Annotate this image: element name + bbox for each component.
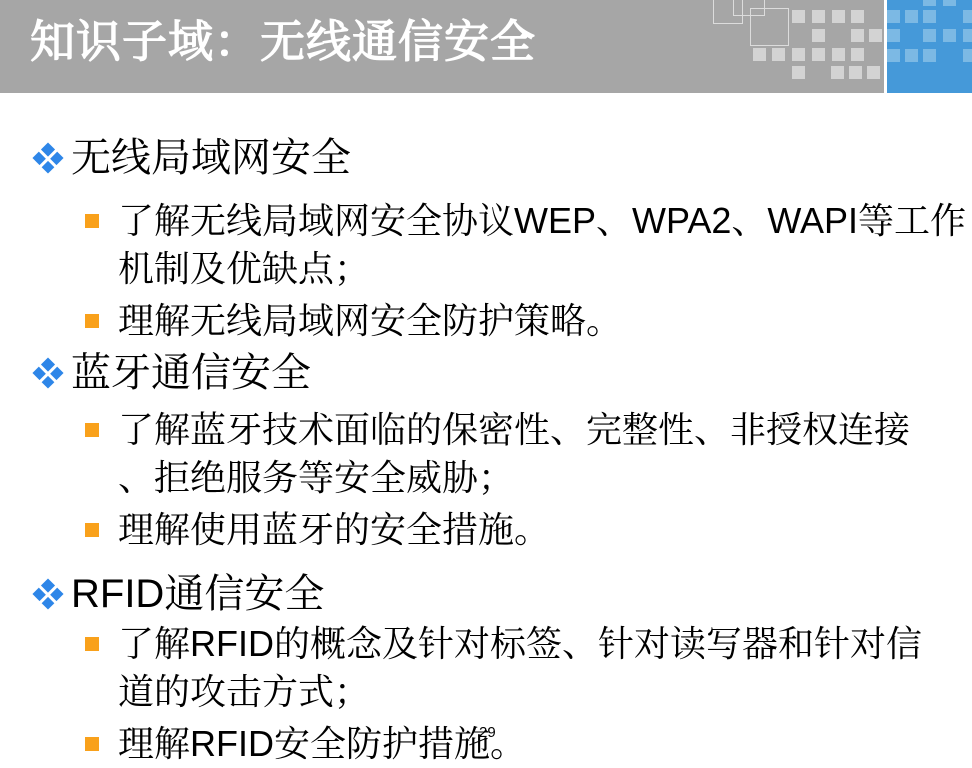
section-heading-bluetooth: 蓝牙通信安全 <box>30 350 972 396</box>
bullet-item-line: 理解无线局域网安全防护策略。 <box>118 297 622 345</box>
slide-body: 无线局域网安全 了解无线局域网安全协议WEP、WPA2、WAPI等工作 机制及优… <box>0 93 972 768</box>
section-heading-text: 蓝牙通信安全 <box>71 350 311 396</box>
deco-blue-square <box>923 10 936 23</box>
section-heading-rfid: RFID通信安全 <box>30 571 972 617</box>
bullet-item-line: 了解无线局域网安全协议WEP、WPA2、WAPI等工作 <box>118 197 966 245</box>
bullet-item: 理解无线局域网安全防护策略。 <box>85 297 972 345</box>
deco-square <box>812 48 825 61</box>
bullet-item-line: 了解RFID的概念及针对标签、针对读写器和针对信 <box>118 620 922 668</box>
deco-blue-square <box>923 49 936 62</box>
deco-square <box>869 29 882 42</box>
bullet-item: 理解使用蓝牙的安全措施。 <box>85 506 972 554</box>
four-diamonds-bullet-icon <box>32 357 63 388</box>
deco-blue-square <box>963 29 972 42</box>
deco-blue-square <box>963 49 972 62</box>
orange-square-bullet-icon <box>85 737 99 751</box>
orange-square-bullet-icon <box>85 423 99 437</box>
bullet-item-line: 道的攻击方式； <box>118 668 922 716</box>
deco-square <box>851 29 864 42</box>
deco-square <box>832 48 845 61</box>
deco-square <box>812 10 825 23</box>
bullet-item: 了解RFID的概念及针对标签、针对读写器和针对信 道的攻击方式； <box>85 620 972 716</box>
orange-square-bullet-icon <box>85 314 99 328</box>
section-heading-wlan: 无线局域网安全 <box>30 135 972 181</box>
deco-blue-square <box>887 49 900 62</box>
deco-blue-square <box>887 10 900 23</box>
deco-square <box>867 66 880 79</box>
deco-blue-square <box>905 10 918 23</box>
bullet-item-line: 了解蓝牙技术面临的保密性、完整性、非授权连接 <box>118 406 910 454</box>
bullet-item-line: 理解RFID安全防护措施。 <box>118 720 526 768</box>
deco-blue-square <box>887 29 900 42</box>
section-heading-text: 无线局域网安全 <box>71 135 351 181</box>
bullet-item: 了解蓝牙技术面临的保密性、完整性、非授权连接 、拒绝服务等安全威胁； <box>85 406 972 502</box>
presentation-slide: 知识子域：无线通信安全 <box>0 0 972 768</box>
deco-square <box>772 48 785 61</box>
deco-square <box>851 10 864 23</box>
bullet-item: 理解RFID安全防护措施。 <box>85 720 972 768</box>
orange-square-bullet-icon <box>85 214 99 228</box>
page-number: 29 <box>479 724 496 741</box>
slide-header-bar: 知识子域：无线通信安全 <box>0 0 884 93</box>
deco-blue-square <box>905 49 918 62</box>
bullet-item: 了解无线局域网安全协议WEP、WPA2、WAPI等工作 机制及优缺点； <box>85 197 972 293</box>
deco-blue-square <box>923 29 936 42</box>
four-diamonds-bullet-icon <box>32 578 63 609</box>
deco-square <box>792 10 805 23</box>
bullet-item-line: 机制及优缺点； <box>118 245 966 293</box>
deco-square <box>812 29 825 42</box>
deco-blue-square <box>963 10 972 23</box>
orange-square-bullet-icon <box>85 637 99 651</box>
bullet-item-line: 理解使用蓝牙的安全措施。 <box>118 506 550 554</box>
deco-square <box>832 10 845 23</box>
section-heading-text: RFID通信安全 <box>71 571 324 617</box>
deco-blue-square <box>943 29 956 42</box>
bullet-item-line: 、拒绝服务等安全威胁； <box>118 454 910 502</box>
orange-square-bullet-icon <box>85 523 99 537</box>
deco-square <box>851 48 864 61</box>
deco-outline-square <box>750 8 789 46</box>
deco-blue-panel <box>887 0 972 93</box>
deco-square <box>849 66 862 79</box>
four-diamonds-bullet-icon <box>32 142 63 173</box>
deco-blue-square <box>923 0 936 6</box>
deco-blue-square <box>943 0 956 6</box>
deco-square <box>753 48 766 61</box>
deco-square <box>792 66 805 79</box>
deco-square <box>792 48 805 61</box>
deco-square <box>831 66 844 79</box>
slide-title: 知识子域：无线通信安全 <box>30 0 536 93</box>
